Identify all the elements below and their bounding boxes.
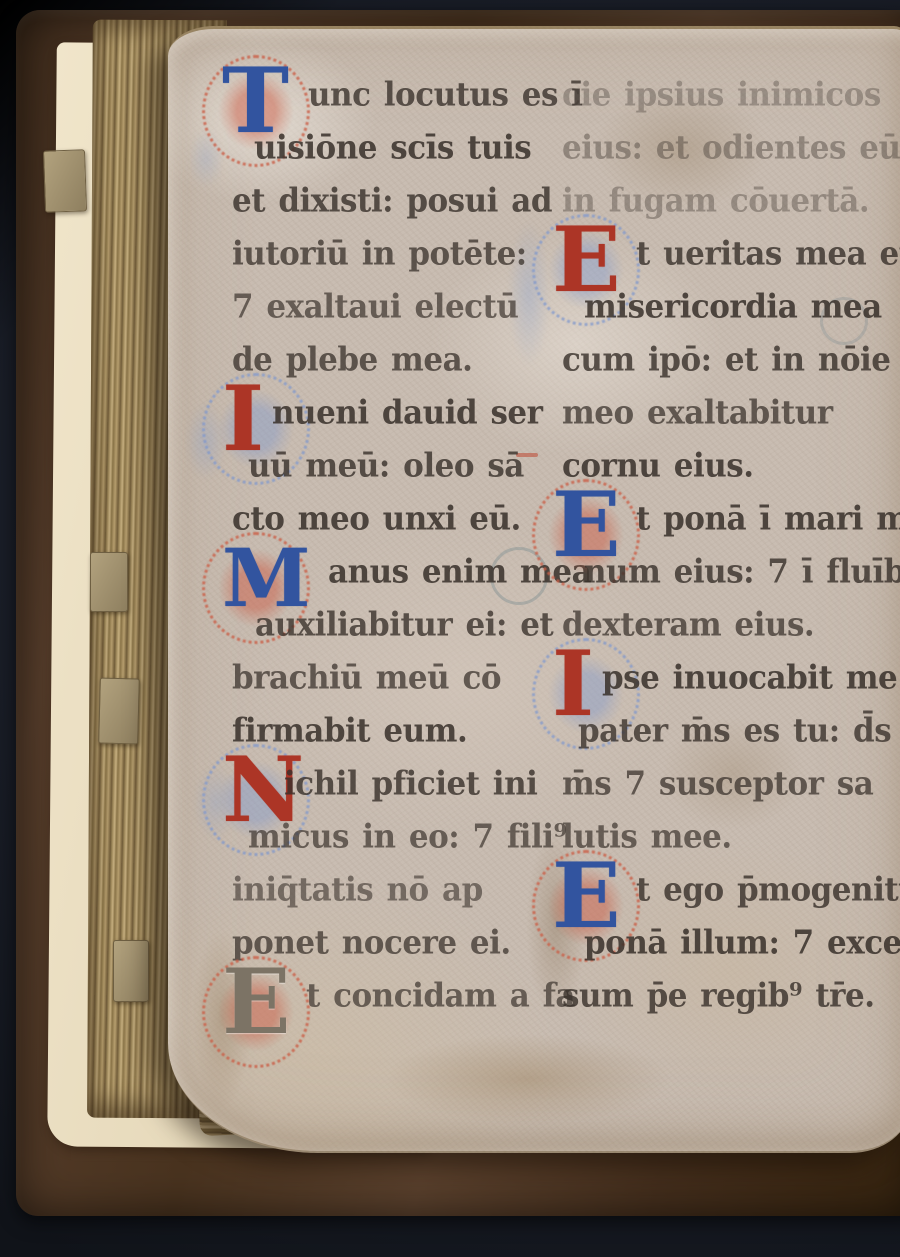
line-text: cum ipō: et in nōie [562, 332, 891, 388]
text-line: iutoriū in potēte: [232, 228, 564, 281]
line-text: ponet nocere ei. [232, 915, 511, 971]
line-text: t ego p̄mogenitū [636, 862, 900, 918]
text-line: cie ipsius inimicos [562, 69, 894, 122]
line-text: ichil pficiet ini [284, 756, 537, 812]
line-text: de plebe mea. [232, 332, 472, 388]
text-line: uū meū: oleo sā [232, 440, 564, 493]
line-text: dexteram eius. [562, 597, 814, 653]
line-text: micus in eo: 7 fili⁹ [248, 809, 567, 865]
text-line: Nichil pficiet ini [232, 758, 564, 811]
line-text: t ponā ī mari ma [636, 491, 900, 547]
line-text: eius: et odientes eū [562, 120, 900, 176]
line-text: m̄s 7 susceptor sa [562, 756, 873, 812]
line-text: cie ipsius inimicos [562, 67, 881, 123]
text-line: in fugam cōuertā. [562, 175, 894, 228]
line-text: et dixisti: posui ad [232, 173, 552, 229]
penwork-flourish-red [202, 956, 310, 1068]
text-line: de plebe mea. [232, 334, 564, 387]
text-line: Tunc locutus es ī [232, 69, 564, 122]
line-text: unc locutus es ī [308, 67, 582, 123]
text-line: eius: et odientes eū [562, 122, 894, 175]
text-line: ponā illum: 7 excel [562, 917, 894, 970]
parchment-page: Tunc locutus es īuisiōne scīs tuiset dix… [168, 26, 900, 1153]
text-line: auxiliabitur ei: et [232, 599, 564, 652]
text-line: cum ipō: et in nōie [562, 334, 894, 387]
line-text: brachiū meū cō [232, 650, 501, 706]
text-line: Et concidam a fa [232, 970, 564, 1023]
line-text: pater m̄s es tu: d̄s [578, 703, 891, 759]
text-line: Et ego p̄mogenitū [562, 864, 894, 917]
line-text: iniq̄tatis nō ap [232, 862, 483, 918]
text-line: et dixisti: posui ad [232, 175, 564, 228]
text-line: firmabit eum. [232, 705, 564, 758]
ink-smudge-blue [180, 391, 232, 491]
line-text: firmabit eum. [232, 703, 467, 759]
text-line: m̄s 7 susceptor sa [562, 758, 894, 811]
line-text: sum p̄e regib⁹ tr̄e. [562, 968, 875, 1024]
text-line: meo exaltabitur [562, 387, 894, 440]
text-line: micus in eo: 7 fili⁹ [232, 811, 564, 864]
line-text: t ueritas mea et [636, 226, 900, 282]
text-line: Ipse inuocabit me [562, 652, 894, 705]
manuscript-photo: Tunc locutus es īuisiōne scīs tuiset dix… [0, 0, 900, 1257]
line-text: nueni dauid ser [272, 385, 542, 441]
line-text: anus enim mea [328, 544, 591, 600]
line-text: cornu eius. [562, 438, 754, 494]
text-line: dexteram eius. [562, 599, 894, 652]
line-text: num eius: 7 ī fluīb⁹ [584, 544, 900, 600]
line-text: cto meo unxi eū. [232, 491, 521, 547]
text-line: ponet nocere ei. [232, 917, 564, 970]
text-line: brachiū meū cō [232, 652, 564, 705]
parchment-index-tab [43, 149, 87, 212]
text-line: 7 exaltaui electū [232, 281, 564, 334]
text-line: Manus enim mea [232, 546, 564, 599]
text-line: misericordia mea [562, 281, 894, 334]
line-text: t concidam a fa [306, 968, 575, 1024]
ink-smudge-blue [184, 121, 228, 196]
line-text: auxiliabitur ei: et [255, 597, 553, 653]
text-line: uisiōne scīs tuis [232, 122, 564, 175]
text-line: Inueni dauid ser [232, 387, 564, 440]
text-line: pater m̄s es tu: d̄s [562, 705, 894, 758]
line-text: iutoriū in potēte: [232, 226, 527, 282]
line-text: 7 exaltaui electū [232, 279, 518, 335]
text-column-right: cie ipsius inimicoseius: et odientes eūi… [562, 69, 894, 1023]
versal-initial-e: E [218, 964, 318, 1072]
line-text: meo exaltabitur [562, 385, 833, 441]
line-text: in fugam cōuertā. [562, 173, 869, 229]
line-text: ponā illum: 7 excel [584, 915, 900, 971]
text-line: Et ueritas mea et [562, 228, 894, 281]
line-text: uū meū: oleo sā [248, 438, 524, 494]
parchment-stain [338, 1019, 718, 1139]
text-column-left: Tunc locutus es īuisiōne scīs tuiset dix… [232, 69, 564, 1023]
line-text: lutis mee. [562, 809, 732, 865]
parchment-index-tab [113, 940, 149, 1002]
text-line: Et ponā ī mari ma [562, 493, 894, 546]
line-text: pse inuocabit me [602, 650, 897, 706]
line-text: uisiōne scīs tuis [254, 120, 531, 176]
parchment-index-tab [98, 677, 140, 744]
text-line: cto meo unxi eū. [232, 493, 564, 546]
text-line: num eius: 7 ī fluīb⁹ [562, 546, 894, 599]
text-line: iniq̄tatis nō ap [232, 864, 564, 917]
text-line: lutis mee. [562, 811, 894, 864]
text-line: cornu eius. [562, 440, 894, 493]
parchment-index-tab [90, 552, 128, 612]
line-text: misericordia mea [584, 279, 882, 335]
text-line: sum p̄e regib⁹ tr̄e. [562, 970, 894, 1023]
